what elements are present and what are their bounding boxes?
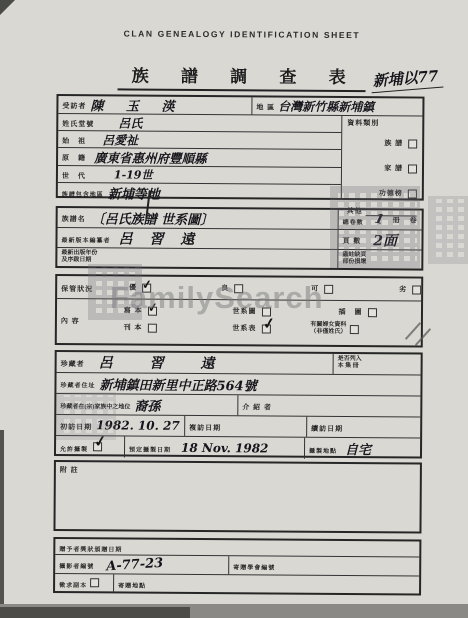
illustrations-option: 插 圖 bbox=[334, 307, 376, 317]
contents-row-2: 刊 本 世系表 ✓ 有關婦女資料 （非僅姓氏） bbox=[82, 320, 421, 336]
society-number-label: 寄贈學會編號 bbox=[229, 559, 277, 571]
condition-excellent-label: 優 bbox=[125, 282, 139, 292]
second-visit-label: 複訪日期 bbox=[185, 419, 223, 432]
donor-award-label: 贈予者獎狀頒贈日期 bbox=[55, 541, 124, 553]
category-option-genealogy: 族 譜 bbox=[347, 132, 417, 150]
filming-place-cell: 攝製地點 自宅 bbox=[304, 438, 420, 460]
women-data-option: 有關婦女資料 （非僅姓氏） bbox=[310, 322, 358, 336]
genealogy-form: CLAN GENEALOGY IDENTIFICATION SHEET 族 譜 … bbox=[57, 24, 427, 89]
condition-excellent-checkbox: ✓ bbox=[142, 283, 151, 292]
section-keeper: 珍藏者 呂 習 遠 是否列入 本 集 冊 珍藏者住址 新埔鎮田新里中正路564號… bbox=[54, 350, 423, 459]
pedigree-table-mark: ✓ bbox=[261, 313, 276, 333]
region-label: 地 區 bbox=[252, 99, 277, 112]
keeper-cell: 珍藏者 呂 習 遠 bbox=[57, 352, 333, 374]
request-copy-label: 徵求副本 bbox=[55, 577, 89, 589]
family-position-cell: 珍藏者在(宗)家族中之地位 裔孫 bbox=[56, 394, 237, 415]
section-numbering: 贈予者獎狀頒贈日期 攝影者編號 A-77-23 寄贈學會編號 徵求副本 寄贈地點 bbox=[53, 537, 421, 596]
condition-fair-checkbox bbox=[324, 284, 333, 293]
filming-date-cell: 預定攝製日期 18 Nov. 1982 bbox=[124, 436, 304, 458]
keeper-address-value: 新埔鎮田新里中正路564號 bbox=[99, 374, 256, 394]
pedigree-table-checkbox: ✓ bbox=[261, 324, 270, 333]
request-copy-cell: 徵求副本 bbox=[55, 574, 113, 591]
covered-area-value: 新埔等地 bbox=[108, 183, 160, 202]
filming-date-label: 預定攝製日期 bbox=[125, 441, 173, 453]
family-position-value: 裔孫 bbox=[134, 395, 160, 414]
family-position-label: 珍藏者在(宗)家族中之地位 bbox=[56, 398, 132, 411]
section-edition: 族譜名 〔呂氏族譜 世系圖〕 總卷數 1 冊 卷 最新版本編纂者 呂 習 遠 頁… bbox=[55, 206, 423, 271]
family-record-option-label: 家 譜 bbox=[380, 163, 405, 173]
printed-checkbox bbox=[147, 323, 156, 332]
damage-note-cell: 蟲蛀缺頁 部份損壞 bbox=[337, 250, 421, 270]
pages-value: 2面 bbox=[373, 230, 397, 250]
native-place-label: 原 籍 bbox=[58, 150, 88, 163]
volume-unit-juan: 卷 bbox=[410, 215, 418, 225]
condition-good: 良 bbox=[217, 283, 243, 293]
remarks-label: 附 註 bbox=[56, 462, 81, 475]
filming-place-value: 自宅 bbox=[345, 439, 371, 458]
scan-edge-artifact bbox=[0, 430, 4, 618]
scan-corner-artifact bbox=[0, 0, 15, 15]
filming-place-label: 攝製地點 bbox=[305, 442, 339, 454]
women-data-label-line2: （非僅姓氏） bbox=[310, 329, 346, 336]
manuscript-option: 寫 本 ✓ bbox=[120, 305, 157, 315]
manuscript-mark: ✓ bbox=[147, 300, 159, 316]
keeper-address-label: 珍藏者住址 bbox=[56, 377, 97, 389]
volume-unit-ce: 冊 bbox=[393, 215, 401, 225]
filming-permission-mark: ✓ bbox=[93, 432, 108, 452]
category-option-family-record: 家 譜 bbox=[347, 157, 417, 175]
covered-area-row: 族譜包含地區 新埔等地 bbox=[58, 183, 341, 203]
filming-permission-cell: 允許攝製 ✓ bbox=[56, 436, 124, 457]
condition-excellent: 優 ✓ bbox=[125, 282, 151, 292]
condition-fair: 可 bbox=[307, 284, 333, 294]
contents-label: 內 容 bbox=[57, 313, 82, 326]
family-record-checkbox bbox=[408, 164, 417, 173]
second-visit-cell: 複訪日期 bbox=[184, 416, 306, 437]
illustrations-checkbox bbox=[367, 308, 376, 317]
volumes-value: 1 bbox=[373, 211, 385, 228]
native-place-value: 廣東省惠州府豐順縣 bbox=[94, 148, 207, 167]
first-visit-label: 初訪日期 bbox=[56, 419, 94, 432]
surname-label: 姓氏堂號 bbox=[58, 116, 96, 129]
publication-year-cell: 最新出版年份 及序跋日期 bbox=[57, 248, 337, 269]
interviewee-label: 受訪者 bbox=[58, 98, 88, 111]
condition-poor-label: 劣 bbox=[395, 284, 409, 294]
pedigree-chart-label: 世系圖 bbox=[228, 306, 258, 316]
data-category-box: 資料類別 族 譜 家 譜 功德榜 其他 bbox=[341, 116, 423, 201]
filming-permission-checkbox: ✓ bbox=[93, 442, 102, 451]
publication-year-label-line2: 及序跋日期 bbox=[57, 257, 337, 266]
condition-good-label: 良 bbox=[217, 283, 231, 293]
manuscript-label: 寫 本 bbox=[120, 305, 145, 315]
first-ancestor-label: 始 祖 bbox=[58, 133, 88, 146]
illustrations-label: 插 圖 bbox=[334, 307, 364, 317]
pedigree-table-label: 世系表 bbox=[228, 323, 258, 333]
merit-board-checkbox bbox=[408, 189, 417, 198]
compiler-cell: 最新版本編纂者 呂 習 遠 bbox=[57, 228, 337, 249]
data-category-title: 資料類別 bbox=[347, 118, 417, 128]
followup-visit-cell: 續訪日期 bbox=[306, 417, 420, 438]
scan-bottom-dark-band bbox=[0, 607, 190, 618]
generations-label: 世 代 bbox=[58, 168, 88, 181]
photographer-number-value: A-77-23 bbox=[106, 555, 164, 574]
genealogy-option-label: 族 譜 bbox=[380, 138, 405, 148]
pages-label: 頁 數 bbox=[338, 233, 363, 246]
filming-date-value: 18 Nov. 1982 bbox=[181, 440, 268, 455]
genealogy-title-label: 族譜名 bbox=[58, 211, 88, 224]
section-remarks: 附 註 bbox=[53, 460, 421, 534]
generations-row: 世 代 1-19世 bbox=[58, 166, 341, 185]
listed-cell: 是否列入 本 集 冊 bbox=[333, 354, 421, 375]
keeper-value: 呂 習 遠 bbox=[99, 352, 231, 373]
first-visit-value: 1982. 10. 27 bbox=[96, 418, 180, 433]
contents-row-1: 寫 本 ✓ 世系圖 插 圖 bbox=[82, 305, 421, 317]
condition-poor: 劣 bbox=[395, 284, 421, 294]
interviewee-cell: 受訪者 陳 玉 渶 bbox=[58, 96, 251, 114]
compiler-value: 呂 習 遠 bbox=[118, 228, 200, 249]
region-value: 台灣新竹縣新埔鎮 bbox=[278, 98, 374, 116]
native-place-row: 原 籍 廣東省惠州府豐順縣 bbox=[58, 148, 341, 168]
merit-board-option-label: 功德榜 bbox=[375, 188, 405, 198]
interviewee-value: 陳 玉 渶 bbox=[90, 95, 183, 115]
manuscript-checkbox: ✓ bbox=[147, 306, 156, 315]
category-option-merit-board: 功德榜 bbox=[347, 182, 417, 200]
pages-cell: 頁 數 2面 bbox=[337, 230, 421, 250]
generations-value: 1-19世 bbox=[114, 166, 153, 182]
english-header: CLAN GENEALOGY IDENTIFICATION SHEET bbox=[57, 28, 427, 41]
region-cell: 地 區 台灣新竹縣新埔鎮 bbox=[251, 97, 422, 115]
condition-good-checkbox bbox=[234, 284, 243, 293]
printed-option: 刊 本 bbox=[120, 322, 157, 332]
keeper-label: 珍藏者 bbox=[57, 356, 87, 369]
donation-place-label: 寄贈地點 bbox=[114, 577, 148, 589]
followup-visit-label: 續訪日期 bbox=[307, 420, 345, 433]
introducer-cell: 介 紹 者 bbox=[237, 395, 420, 416]
condition-excellent-mark: ✓ bbox=[141, 277, 153, 293]
surname-row: 姓氏堂號 呂氏 bbox=[58, 114, 341, 133]
condition-fair-label: 可 bbox=[307, 284, 321, 294]
origin-fields: 姓氏堂號 呂氏 始 祖 呂愛祉 原 籍 廣東省惠州府豐順縣 世 代 1-19世 … bbox=[58, 114, 342, 200]
compiler-label: 最新版本編纂者 bbox=[57, 232, 112, 244]
condition-poor-checkbox bbox=[412, 285, 421, 294]
filming-permission-label: 允許攝製 bbox=[56, 441, 90, 453]
photographer-number-label: 攝影者編號 bbox=[55, 558, 96, 570]
introducer-label: 介 紹 者 bbox=[238, 399, 274, 412]
printed-label: 刊 本 bbox=[120, 322, 145, 332]
volumes-cell: 總卷數 1 冊 卷 bbox=[338, 210, 422, 230]
women-data-checkbox bbox=[349, 325, 358, 334]
covered-area-label: 族譜包含地區 bbox=[58, 186, 106, 198]
condition-label: 保管狀況 bbox=[57, 281, 95, 294]
first-ancestor-value: 呂愛祉 bbox=[102, 131, 138, 148]
section-identification: 受訪者 陳 玉 渶 地 區 台灣新竹縣新埔鎮 姓氏堂號 呂氏 始 祖 呂愛祉 原… bbox=[56, 94, 425, 201]
genealogy-title-cell: 族譜名 〔呂氏族譜 世系圖〕 bbox=[58, 208, 338, 229]
request-copy-checkbox bbox=[90, 578, 99, 587]
surname-value: 呂氏 bbox=[118, 114, 142, 131]
photographer-number-cell: 攝影者編號 A-77-23 bbox=[55, 555, 228, 574]
contents-options: 寫 本 ✓ 世系圖 插 圖 刊 本 bbox=[82, 299, 421, 336]
genealogy-checkbox bbox=[408, 139, 417, 148]
society-number-cell: 寄贈學會編號 bbox=[228, 556, 419, 575]
donation-place-cell: 寄贈地點 bbox=[113, 574, 419, 593]
damage-note-line2: 部份損壞 bbox=[338, 259, 421, 267]
volumes-label: 總卷數 bbox=[339, 213, 366, 225]
section-condition-contents: 保管狀況 優 ✓ 良 可 劣 內 容 寫 本 bbox=[55, 274, 423, 348]
pedigree-table-option: 世系表 ✓ bbox=[228, 323, 270, 333]
listed-label-line2: 本 集 冊 bbox=[334, 363, 421, 371]
first-visit-cell: 初訪日期 1982. 10. 27 bbox=[56, 415, 184, 436]
genealogy-title-value: 〔呂氏族譜 世系圖〕 bbox=[92, 208, 214, 228]
